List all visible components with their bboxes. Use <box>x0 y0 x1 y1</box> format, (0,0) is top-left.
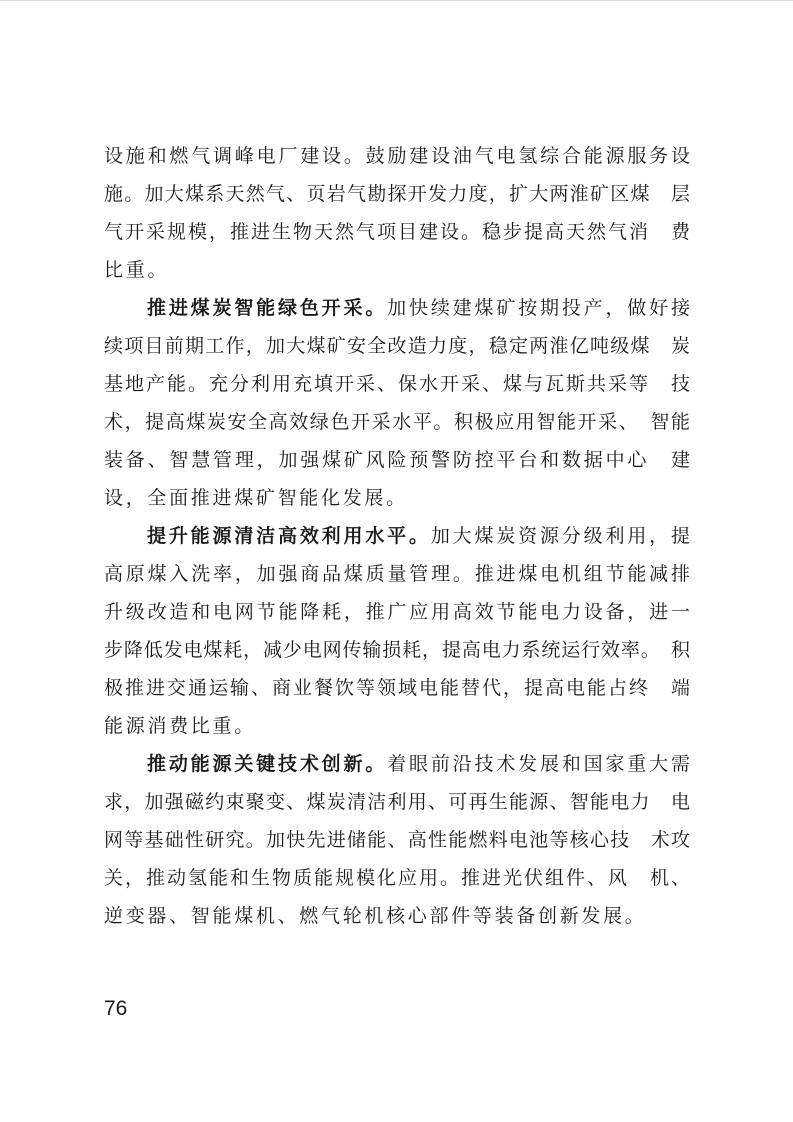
page-top-edge-line <box>0 0 793 1</box>
text-segment: 极推进交通运输、商业餐饮等领域电能替代，提高电能占终 端 <box>104 678 690 699</box>
text-line: 步降低发电煤耗，减少电网传输损耗，提高电力系统运行效率。 积 <box>104 632 690 670</box>
text-line: 能源消费比重。 <box>104 708 690 746</box>
paragraph: 设施和燃气调峰电厂建设。鼓励建设油气电氢综合能源服务设施。加大煤系天然气、页岩气… <box>104 138 690 290</box>
text-segment: 比重。 <box>104 260 169 281</box>
text-line: 关，推动氢能和生物质能规模化应用。推进光伏组件、风 机、 <box>104 860 690 898</box>
text-segment: 气开采规模，推进生物天然气项目建设。稳步提高天然气消 费 <box>104 222 690 243</box>
text-line: 续项目前期工作，加大煤矿安全改造力度，稳定两淮亿吨级煤 炭 <box>104 328 690 366</box>
text-line: 推动能源关键技术创新。着眼前沿技术发展和国家重大需 <box>104 746 690 784</box>
text-line: 网等基础性研究。加快先进储能、高性能燃料电池等核心技 术攻 <box>104 822 690 860</box>
text-line: 高原煤入洗率，加强商品煤质量管理。推进煤电机组节能减排 <box>104 556 690 594</box>
text-line: 提升能源清洁高效利用水平。加大煤炭资源分级利用，提 <box>104 518 690 556</box>
text-segment: 关，推动氢能和生物质能规模化应用。推进光伏组件、风 机、 <box>104 868 690 889</box>
text-segment: 续项目前期工作，加大煤矿安全改造力度，稳定两淮亿吨级煤 炭 <box>104 336 690 357</box>
text-line: 施。加大煤系天然气、页岩气勘探开发力度，扩大两淮矿区煤 层 <box>104 176 690 214</box>
text-segment: 逆变器、智能煤机、燃气轮机核心部件等装备创新发展。 <box>104 906 647 927</box>
text-line: 设，全面推进煤矿智能化发展。 <box>104 480 690 518</box>
text-line: 升级改造和电网节能降耗，推广应用高效节能电力设备，进一 <box>104 594 690 632</box>
body-text: 设施和燃气调峰电厂建设。鼓励建设油气电氢综合能源服务设施。加大煤系天然气、页岩气… <box>104 138 690 936</box>
text-line: 装备、智慧管理，加强煤矿风险预警防控平台和数据中心 建 <box>104 442 690 480</box>
text-line: 气开采规模，推进生物天然气项目建设。稳步提高天然气消 费 <box>104 214 690 252</box>
text-segment: 施。加大煤系天然气、页岩气勘探开发力度，扩大两淮矿区煤 层 <box>104 184 690 205</box>
paragraph-lead-bold: 推进煤炭智能绿色开采。 <box>147 298 387 319</box>
text-segment: 设施和燃气调峰电厂建设。鼓励建设油气电氢综合能源服务设 <box>104 146 690 167</box>
text-segment: 能源消费比重。 <box>104 716 256 737</box>
text-segment: 步降低发电煤耗，减少电网传输损耗，提高电力系统运行效率。 积 <box>104 640 690 661</box>
text-segment: 升级改造和电网节能降耗，推广应用高效节能电力设备，进一 <box>104 602 690 623</box>
paragraph: 提升能源清洁高效利用水平。加大煤炭资源分级利用，提高原煤入洗率，加强商品煤质量管… <box>104 518 690 746</box>
paragraph-lead-bold: 提升能源清洁高效利用水平。 <box>147 526 431 547</box>
text-line: 推进煤炭智能绿色开采。加快续建煤矿按期投产，做好接 <box>104 290 690 328</box>
text-segment: 网等基础性研究。加快先进储能、高性能燃料电池等核心技 术攻 <box>104 830 690 851</box>
paragraph: 推进煤炭智能绿色开采。加快续建煤矿按期投产，做好接续项目前期工作，加大煤矿安全改… <box>104 290 690 518</box>
text-segment: 高原煤入洗率，加强商品煤质量管理。推进煤电机组节能减排 <box>104 564 690 585</box>
text-segment: 加快续建煤矿按期投产，做好接 <box>387 298 690 319</box>
text-line: 设施和燃气调峰电厂建设。鼓励建设油气电氢综合能源服务设 <box>104 138 690 176</box>
text-line: 比重。 <box>104 252 690 290</box>
text-line: 求，加强磁约束聚变、煤炭清洁利用、可再生能源、智能电力 电 <box>104 784 690 822</box>
text-line: 逆变器、智能煤机、燃气轮机核心部件等装备创新发展。 <box>104 898 690 936</box>
text-line: 术，提高煤炭安全高效绿色开采水平。积极应用智能开采、 智能 <box>104 404 690 442</box>
page-number: 76 <box>104 997 127 1021</box>
text-segment: 着眼前沿技术发展和国家重大需 <box>387 754 690 775</box>
text-segment: 设，全面推进煤矿智能化发展。 <box>104 488 408 509</box>
text-line: 极推进交通运输、商业餐饮等领域电能替代，提高电能占终 端 <box>104 670 690 708</box>
paragraph: 推动能源关键技术创新。着眼前沿技术发展和国家重大需求，加强磁约束聚变、煤炭清洁利… <box>104 746 690 936</box>
text-segment: 术，提高煤炭安全高效绿色开采水平。积极应用智能开采、 智能 <box>104 412 690 433</box>
text-segment: 加大煤炭资源分级利用，提 <box>431 526 690 547</box>
text-segment: 装备、智慧管理，加强煤矿风险预警防控平台和数据中心 建 <box>104 450 690 471</box>
paragraph-lead-bold: 推动能源关键技术创新。 <box>147 754 387 775</box>
text-line: 基地产能。充分利用充填开采、保水开采、煤与瓦斯共采等 技 <box>104 366 690 404</box>
document-page: 设施和燃气调峰电厂建设。鼓励建设油气电氢综合能源服务设施。加大煤系天然气、页岩气… <box>0 0 793 1122</box>
text-segment: 基地产能。充分利用充填开采、保水开采、煤与瓦斯共采等 技 <box>104 374 690 395</box>
text-segment: 求，加强磁约束聚变、煤炭清洁利用、可再生能源、智能电力 电 <box>104 792 690 813</box>
